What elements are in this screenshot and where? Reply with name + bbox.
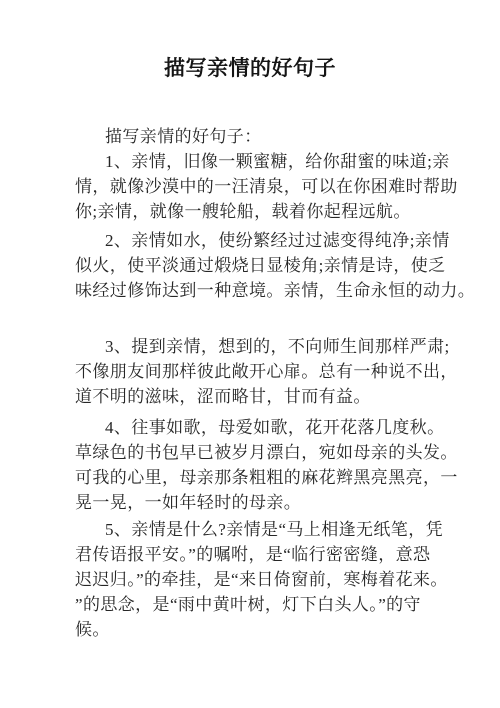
paragraph-1: 1、亲情，旧像一颗蜜糖，给你甜蜜的味道;亲 情，就像沙漠中的一汪清泉，可以在你困… — [75, 149, 470, 224]
document-page: 描写亲情的好句子 描写亲情的好句子： 1、亲情，旧像一颗蜜糖，给你甜蜜的味道;亲… — [0, 0, 500, 708]
text-line: 迟迟归。”的牵挂，是“来日倚窗前，寒梅着花来。 — [75, 567, 470, 592]
text-line: 1、亲情，旧像一颗蜜糖，给你甜蜜的味道;亲 — [75, 149, 470, 174]
paragraph-3: 3、提到亲情，想到的，不向师生间那样严肃; 不像朋友间那样彼此敞开心扉。总有一种… — [75, 334, 470, 409]
text-line: 晃一晃，一如年轻时的母亲。 — [75, 490, 470, 515]
text-line: 君传语报平安。”的嘱咐，是“临行密密缝，意恐 — [75, 542, 470, 567]
text-line: 5、亲情是什么?亲情是“马上相逢无纸笔，凭 — [75, 517, 470, 542]
text-line: 你;亲情，就像一艘轮船，载着你起程远航。 — [75, 199, 470, 224]
text-line: 草绿色的书包早已被岁月漂白，宛如母亲的头发。 — [75, 440, 470, 465]
text-line: 描写亲情的好句子： — [75, 124, 470, 149]
text-line: 似火，使平淡通过煅烧日显棱角;亲情是诗，使乏 — [75, 253, 470, 278]
text-line: 候。 — [75, 617, 470, 642]
text-line: 4、往事如歌，母爱如歌，花开花落几度秋。 — [75, 415, 470, 440]
paragraph-2: 2、亲情如水，使纷繁经过过滤变得纯净;亲情 似火，使平淡通过煅烧日显棱角;亲情是… — [75, 228, 470, 303]
text-line: 不像朋友间那样彼此敞开心扉。总有一种说不出， — [75, 359, 470, 384]
text-line: 味经过修饰达到一种意境。亲情，生命永恒的动力。 — [75, 278, 470, 303]
text-line: 3、提到亲情，想到的，不向师生间那样严肃; — [75, 334, 470, 359]
paragraph-5: 5、亲情是什么?亲情是“马上相逢无纸笔，凭 君传语报平安。”的嘱咐，是“临行密密… — [75, 517, 470, 642]
text-line: 情，就像沙漠中的一汪清泉，可以在你困难时帮助 — [75, 174, 470, 199]
text-line: 可我的心里，母亲那条粗粗的麻花辫黑亮黑亮，一 — [75, 465, 470, 490]
paragraph-4: 4、往事如歌，母爱如歌，花开花落几度秋。 草绿色的书包早已被岁月漂白，宛如母亲的… — [75, 415, 470, 515]
text-line: ”的思念，是“雨中黄叶树，灯下白头人。”的守 — [75, 592, 470, 617]
text-line: 道不明的滋味，涩而略甘，甘而有益。 — [75, 384, 470, 409]
paragraph-intro: 描写亲情的好句子： — [75, 124, 470, 149]
text-line: 2、亲情如水，使纷繁经过过滤变得纯净;亲情 — [75, 228, 470, 253]
document-title: 描写亲情的好句子 — [0, 54, 500, 84]
